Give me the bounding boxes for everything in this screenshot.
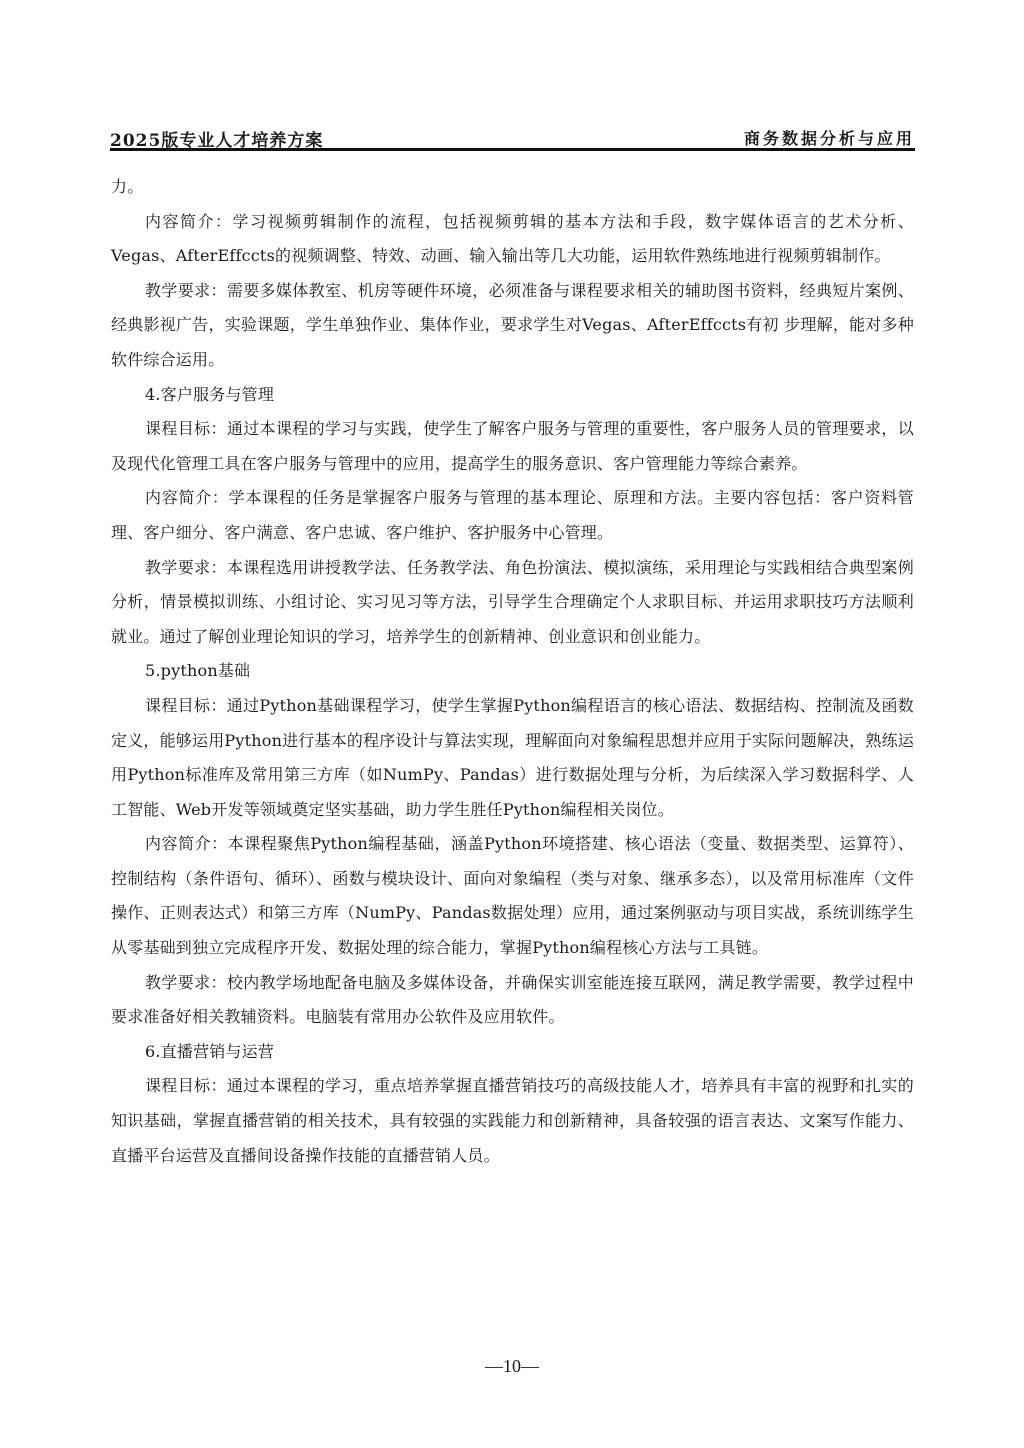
paragraph: 力。: [111, 170, 914, 205]
section-heading: 4.客户服务与管理: [111, 378, 914, 413]
paragraph: 教学要求：校内教学场地配备电脑及多媒体设备，并确保实训室能连接互联网，满足教学需…: [111, 966, 914, 1035]
paragraph: 课程目标：通过Python基础课程学习，使学生掌握Python编程语言的核心语法…: [111, 689, 914, 827]
paragraph: 课程目标：通过本课程的学习，重点培养掌握直播营销技巧的高级技能人才，培养具有丰富…: [111, 1069, 914, 1173]
section-heading: 5.python基础: [111, 654, 914, 689]
section-heading: 6.直播营销与运营: [111, 1035, 914, 1070]
page-number: —10—: [0, 1356, 1024, 1377]
paragraph: 内容简介：学本课程的任务是掌握客户服务与管理的基本理论、原理和方法。主要内容包括…: [111, 481, 914, 550]
page-body: 力。 内容简介：学习视频剪辑制作的流程，包括视频剪辑的基本方法和手段，数字媒体语…: [111, 170, 914, 1173]
page-header: 2025版专业人才培养方案 商务数据分析与应用: [110, 126, 915, 148]
header-divider: [110, 148, 915, 151]
paragraph: 教学要求：本课程选用讲授教学法、任务教学法、角色扮演法、模拟演练，采用理论与实践…: [111, 551, 914, 655]
paragraph: 内容简介：本课程聚焦Python编程基础，涵盖Python环境搭建、核心语法（变…: [111, 827, 914, 965]
program-title: 商务数据分析与应用: [744, 126, 915, 149]
paragraph: 内容简介：学习视频剪辑制作的流程，包括视频剪辑的基本方法和手段，数字媒体语言的艺…: [111, 205, 914, 274]
paragraph: 教学要求：需要多媒体教室、机房等硬件环境，必须准备与课程要求相关的辅助图书资料，…: [111, 274, 914, 378]
paragraph: 课程目标：通过本课程的学习与实践，使学生了解客户服务与管理的重要性，客户服务人员…: [111, 412, 914, 481]
